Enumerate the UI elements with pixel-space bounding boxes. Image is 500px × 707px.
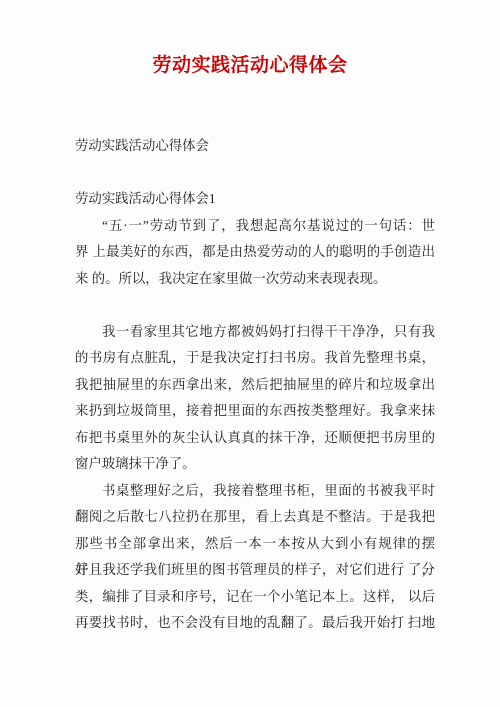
blank-line xyxy=(75,160,435,187)
text-line: 类，编排了目录和序号，记在一个小笔记本上。这样， 以后 xyxy=(75,584,435,611)
blank-line xyxy=(75,292,435,319)
paragraph: 我一看家里其它地方都被妈妈打扫得干干净净，只有我的书房有点脏乱，于是我决定打扫书… xyxy=(75,319,435,478)
document-body: 劳动实践活动心得体会劳动实践活动心得体会1“五·一”劳动节到了，我想起高尔基说过… xyxy=(75,133,435,637)
text-line: 再要找书时，也不会没有目地的乱翻了。最后我开始打 扫地 xyxy=(75,610,435,637)
paragraph: 书桌整理好之后，我接着整理书柜，里面的书被我平时翻阅之后散七八拉扔在那里，看上去… xyxy=(75,478,435,637)
text-line: 窗户玻璃抹干净了。 xyxy=(75,451,435,478)
text-line: 那些书全部拿出来，然后一本一本按从大到小有规律的摆 好， xyxy=(75,531,435,558)
subtitle-line: 劳动实践活动心得体会 xyxy=(75,133,435,160)
text-line: 我把抽屉里的东西拿出来，然后把抽屉里的碎片和垃圾拿出 xyxy=(75,372,435,399)
text-line: 翻阅之后散七八拉扔在那里，看上去真是不整洁。于是我把 xyxy=(75,504,435,531)
section-heading: 劳动实践活动心得体会1 xyxy=(75,186,435,213)
text-line: 来 的。所以，我决定在家里做一次劳动来表现表现。 xyxy=(75,266,435,293)
text-line: “五·一”劳动节到了，我想起高尔基说过的一句话：世 xyxy=(75,213,435,240)
text-line: 的书房有点脏乱，于是我决定打扫书房。我首先整理书桌， xyxy=(75,345,435,372)
document-page: 劳动实践活动心得体会 劳动实践活动心得体会劳动实践活动心得体会1“五·一”劳动节… xyxy=(0,0,500,707)
text-line: 来扔到垃圾筒里，接着把里面的东西按类整理好。我拿来抹 xyxy=(75,398,435,425)
text-line: 界 上最美好的东西，都是由热爱劳动的人的聪明的手创造出 xyxy=(75,239,435,266)
text-line: 书桌整理好之后，我接着整理书柜，里面的书被我平时 xyxy=(75,478,435,505)
document-title: 劳动实践活动心得体会 xyxy=(0,51,500,81)
paragraph: “五·一”劳动节到了，我想起高尔基说过的一句话：世界 上最美好的东西，都是由热爱… xyxy=(75,213,435,293)
text-line: 并且我还学我们班里的图书管理员的样子，对它们进行 了分 xyxy=(75,557,435,584)
text-line: 我一看家里其它地方都被妈妈打扫得干干净净，只有我 xyxy=(75,319,435,346)
text-line: 布把书桌里外的灰尘认认真真的抹干净，还顺便把书房里的 xyxy=(75,425,435,452)
